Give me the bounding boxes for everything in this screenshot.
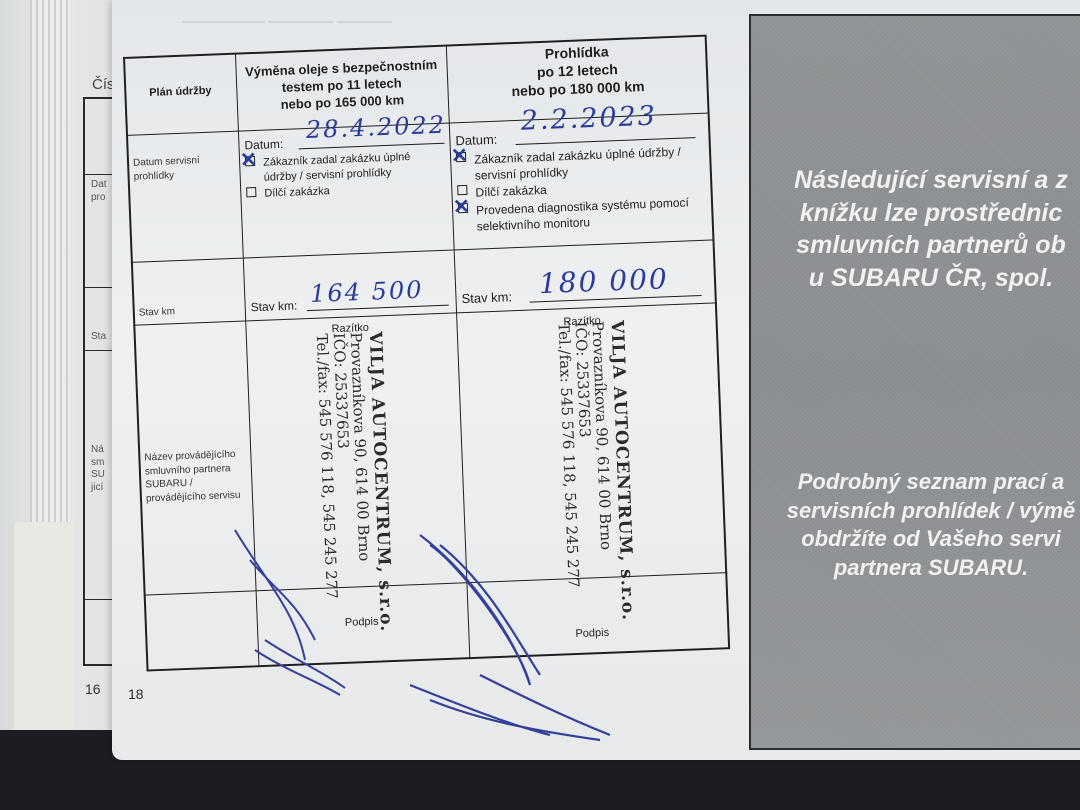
checkbox-checked [458,202,468,212]
handwritten-mileage: 164 500 [310,276,424,308]
handwritten-date: 2.2.2023 [520,101,657,137]
page-edges [30,0,70,580]
maintenance-plan-form: Plán údržby Výměna oleje s bezpečnostním… [123,35,730,672]
handwritten-date: 28.4.2022 [305,111,446,144]
date-underline [299,143,445,150]
page-number: 18 [128,686,144,702]
date-cell-col1: Datum: 28.4.2022 Zákazník zadal zakázku … [244,129,446,202]
signature-label: Podpis [575,627,609,640]
info-panel: Následující servisní a z knížku lze pros… [749,14,1080,750]
previous-row-label: Ná sm SU jicí [91,444,105,494]
date-cell-col2: Datum: 2.2.2023 Zákazník zadal zakázku ú… [455,123,709,235]
options-list: Zákazník zadal zakázku úplné údržby / se… [245,149,447,202]
checkbox-empty [246,187,256,197]
info-paragraph-2: Podrobný seznam prací a servisních prohl… [751,468,1080,582]
info-paragraph-1: Následující servisní a z knížku lze pros… [751,164,1080,294]
column-header-inspection: Prohlídka po 12 letech nebo po 180 000 k… [446,39,709,104]
previous-row-label: Sta [91,331,106,344]
column-header-oil-change: Výměna oleje s bezpečnostním testem po 1… [235,57,448,116]
row-label-service-date: Datum servisní prohlídky [133,153,234,184]
previous-page-number: 16 [85,681,101,697]
previous-row-label: Dat pro [91,179,107,204]
row-label-partner: Název provádějícího smluvního partnera S… [144,447,250,505]
company-stamp: VILJA AUTOCENTRUM, s.r.o. Provazníkova 9… [312,331,395,634]
checkbox-checked [245,156,255,166]
mileage-label: Stav km: [461,289,512,306]
company-stamp: VILJA AUTOCENTRUM, s.r.o. Provazníkova 9… [554,320,637,623]
handwritten-mileage: 180 000 [538,262,669,300]
row-label-mileage: Stav km [139,305,176,320]
show-through-text: ───────── ─────── ────── [182,14,392,29]
mileage-label: Stav km: [250,298,297,314]
signature-label: Podpis [345,616,379,629]
checkbox-checked [456,152,466,162]
options-list: Zákazník zadal zakázku úplné údržby / se… [456,143,709,235]
page-tab [14,522,74,730]
